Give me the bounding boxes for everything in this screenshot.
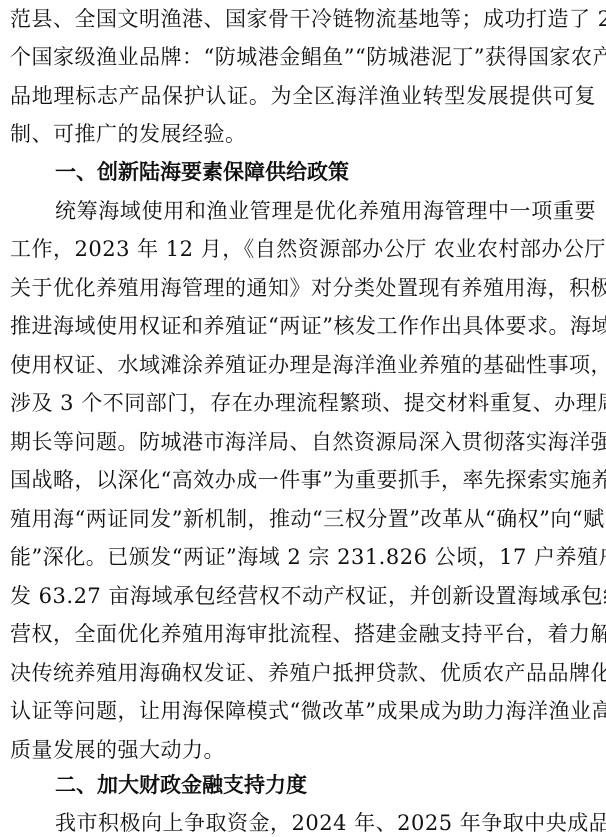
body-line: 发 63.27 亩海域承包经营权不动产权证，并创新设置海域承包经 [10,577,596,615]
body-line: 决传统养殖用海确权发证、养殖户抵押贷款、优质农产品品牌化 [10,654,596,692]
body-line: 使用权证、水域滩涂养殖证办理是海洋渔业养殖的基础性事项， [10,346,596,384]
body-line: 质量发展的强大动力。 [10,731,596,769]
body-line: 关于优化养殖用海管理的通知》对分类处置现有养殖用海，积极 [10,269,596,307]
body-line: 推进海域使用权证和养殖证“两证”核发工作作出具体要求。海域 [10,307,596,345]
document-page: 范县、全国文明渔港、国家骨干冷链物流基地等；成功打造了 2 个国家级渔业品牌：“… [0,0,606,837]
body-line: 认证等问题，让用海保障模式“微改革”成果成为助力海洋渔业高 [10,692,596,730]
section-heading-1: 一、创新陆海要素保障供给政策 [55,153,349,191]
body-line: 殖用海“两证同发”新机制，推动“三权分置”改革从“确权”向“赋 [10,500,596,538]
section-heading-2: 二、加大财政金融支持力度 [55,766,307,804]
body-line: 工作，2023 年 12 月，《自然资源部办公厅 农业农村部办公厅 [10,230,596,268]
body-line: 个国家级渔业品牌：“防城港金鲳鱼”“防城港泥丁”获得国家农产 [10,38,596,76]
body-line: 国战略，以深化“高效办成一件事”为重要抓手，率先探索实施养 [10,461,596,499]
body-line: 品地理标志产品保护认证。为全区海洋渔业转型发展提供可复 [10,77,596,115]
body-line: 期长等问题。防城港市海洋局、自然资源局深入贯彻落实海洋强 [10,423,596,461]
body-line: 制、可推广的发展经验。 [10,115,596,153]
body-line: 涉及 3 个不同部门，存在办理流程繁琐、提交材料重复、办理周 [10,384,596,422]
body-line: 营权，全面优化养殖用海审批流程、搭建金融支持平台，着力解 [10,615,596,653]
body-line: 统筹海域使用和渔业管理是优化养殖用海管理中一项重要 [55,192,596,230]
body-line: 范县、全国文明渔港、国家骨干冷链物流基地等；成功打造了 2 [10,0,596,38]
body-line: 能”深化。已颁发“两证”海域 2 宗 231.826 公顷，17 户养殖户获 [10,538,596,576]
body-line: 我市积极向上争取资金，2024 年、2025 年争取中央成品油 [55,804,596,837]
